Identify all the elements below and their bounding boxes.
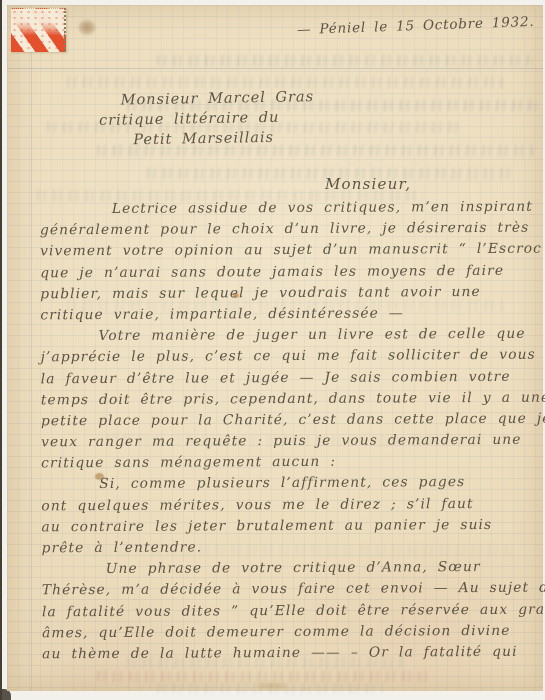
- letter-line: publier, mais sur lequel je voudrais tan…: [40, 281, 542, 305]
- scanned-letter-page: — Péniel le 15 Octobre 1932. Monsieur Ma…: [0, 0, 545, 700]
- letter-line: généralement pour le choix d’un livre, j…: [40, 218, 542, 242]
- letter-line: prête à l’entendre.: [42, 536, 544, 560]
- letter-line: vivement votre opinion au sujet d’un man…: [40, 239, 542, 263]
- letter-line: que je n’aurai sans doute jamais les moy…: [40, 260, 542, 284]
- letter-line: j’apprécie le plus, c’est ce qui me fait…: [41, 345, 543, 369]
- letter-paper: — Péniel le 15 Octobre 1932. Monsieur Ma…: [7, 5, 543, 691]
- paper-stain: [257, 683, 287, 689]
- recipient-publication: Petit Marseillais: [99, 127, 315, 151]
- letter-line: la faveur d’être lue et jugée — Je sais …: [41, 366, 543, 390]
- letter-line: Lectrice assidue de vos critiques, m’en …: [40, 197, 542, 221]
- letter-line: âmes, qu’Elle doit demeurer comme la déc…: [42, 620, 544, 644]
- letter-line: Si, comme plusieurs l’affirment, ces pag…: [41, 472, 543, 496]
- letter-line: la fatalité vous dites ” qu’Elle doit êt…: [42, 599, 544, 623]
- letter-line: veux ranger ma requête : puis je vous de…: [41, 430, 543, 454]
- letter-line: ont quelques mérites, vous me le direz ;…: [41, 493, 543, 517]
- margin-line: [31, 5, 32, 691]
- letter-line: critique vraie, impartiale, désintéressé…: [40, 303, 542, 327]
- recipient-name: Monsieur Marcel Gras: [98, 87, 314, 111]
- letter-line: temps doit être pris, cependant, dans to…: [41, 387, 543, 411]
- bleedthrough-writing: [97, 671, 433, 682]
- letter-line: Votre manière de juger un livre est de c…: [40, 324, 542, 348]
- ink-smudge-icon: [75, 18, 99, 39]
- scan-edge: [0, 0, 2, 700]
- letter-line: critique sans ménagement aucun :: [41, 451, 543, 475]
- ruled-line: [7, 68, 543, 69]
- letter-body: Lectrice assidue de vos critiques, m’en …: [40, 197, 544, 666]
- letter-line: petite place pour la Charité, c’est dans…: [41, 409, 543, 433]
- letter-line: au thème de la lutte humaine —— – Or la …: [42, 642, 544, 666]
- salutation: Monsieur,: [325, 175, 411, 193]
- recipient-block: Monsieur Marcel Gras critique littéraire…: [98, 87, 314, 151]
- letter-line: Une phrase de votre critique d’Anna, Sœu…: [42, 557, 544, 581]
- stamp-fragment-icon: [11, 8, 66, 52]
- letter-line: Thérèse, m’a décidée à vous faire cet en…: [42, 578, 544, 602]
- bleedthrough-writing: [67, 77, 503, 88]
- date-line: — Péniel le 15 Octobre 1932.: [297, 14, 535, 38]
- letter-line: au contraire les jeter brutalement au pa…: [41, 514, 543, 538]
- bleedthrough-writing: [157, 55, 533, 66]
